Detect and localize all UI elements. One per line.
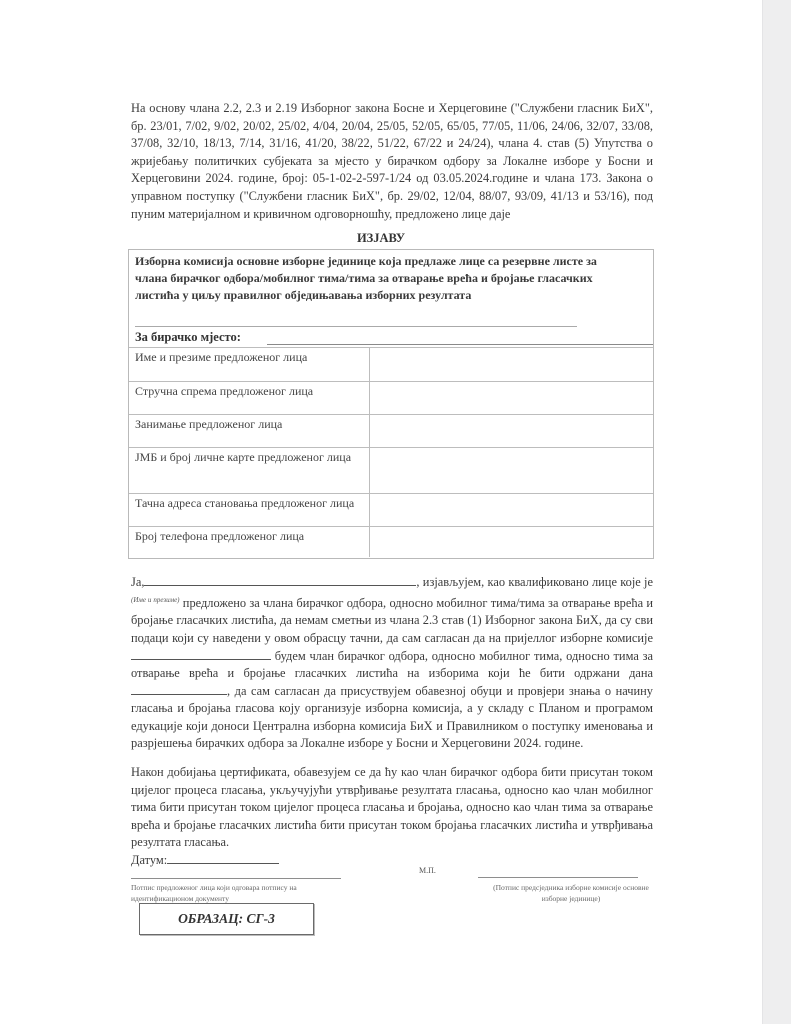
occupation-field[interactable] <box>370 415 654 448</box>
declaration-title: ИЗЈАВУ <box>0 231 762 246</box>
proposed-person-table: Име и презиме предложеног лица Стручна с… <box>129 347 653 557</box>
document-page: На основу члана 2.2, 2.3 и 2.19 Изборног… <box>0 0 762 1024</box>
qualification-field[interactable] <box>370 382 654 415</box>
president-signature-caption: (Потпис предсједника изборне комисије ос… <box>486 882 656 904</box>
field-label: Стручна спрема предложеног лица <box>129 382 370 415</box>
table-row: ЈМБ и број личне карте предложеног лица <box>129 448 653 494</box>
phone-field[interactable] <box>370 527 654 557</box>
field-label: ЈМБ и број личне карте предложеног лица <box>129 448 370 494</box>
declaration-text-2: будем члан бирачког одбора, односно моби… <box>131 649 653 681</box>
date-field[interactable] <box>167 863 279 864</box>
polling-place-label: За бирачко мјесто: <box>135 330 241 345</box>
date-label: Датум: <box>131 853 167 867</box>
name-hint: (Име и презиме) <box>131 596 180 604</box>
obligation-text: Након добијања цертификата, обавезујем с… <box>131 765 653 849</box>
table-row: Занимање предложеног лица <box>129 415 653 448</box>
declaration-text-1: предложено за члана бирачког одбора, одн… <box>131 596 653 645</box>
table-row: Тачна адреса становања предложеног лица <box>129 494 653 527</box>
table-row: Стручна спрема предложеног лица <box>129 382 653 415</box>
field-label: Занимање предложеног лица <box>129 415 370 448</box>
obligation-paragraph: Након добијања цертификата, обавезујем с… <box>131 764 653 870</box>
table-row: Број телефона предложеног лица <box>129 527 653 557</box>
polling-place-field[interactable] <box>267 344 653 345</box>
form-code-box: ОБРАЗАЦ: СГ-3 <box>139 903 314 935</box>
table-row: Име и презиме предложеног лица <box>129 348 653 382</box>
election-date-field[interactable] <box>131 694 227 695</box>
address-field[interactable] <box>370 494 654 527</box>
declaration-prefix: Ја, <box>131 575 144 589</box>
viewer-side-strip <box>762 0 791 1024</box>
proposed-person-signature-caption: Потпис предложеног лица који одговара по… <box>131 882 346 904</box>
field-label: Тачна адреса становања предложеног лица <box>129 494 370 527</box>
stamp-place-label: М.П. <box>419 866 436 875</box>
nominating-commission-box: Изборна комисија основне изборне јединиц… <box>128 249 654 559</box>
declarant-name-field[interactable] <box>144 585 416 586</box>
box-heading: Изборна комисија основне изборне јединиц… <box>135 253 615 304</box>
proposed-person-signature-line[interactable] <box>131 878 341 879</box>
declaration-paragraph: Ја,, изјављујем, као квалификовано лице … <box>131 574 653 753</box>
heading-underline <box>135 326 577 327</box>
full-name-field[interactable] <box>370 348 654 382</box>
field-label: Име и презиме предложеног лица <box>129 348 370 382</box>
jmb-id-card-field[interactable] <box>370 448 654 494</box>
declaration-after-name: , изјављујем, као квалификовано лице кој… <box>416 575 653 589</box>
commission-field[interactable] <box>131 659 271 660</box>
president-signature-line[interactable] <box>478 877 638 878</box>
field-label: Број телефона предложеног лица <box>129 527 370 557</box>
intro-paragraph: На основу члана 2.2, 2.3 и 2.19 Изборног… <box>131 100 653 223</box>
